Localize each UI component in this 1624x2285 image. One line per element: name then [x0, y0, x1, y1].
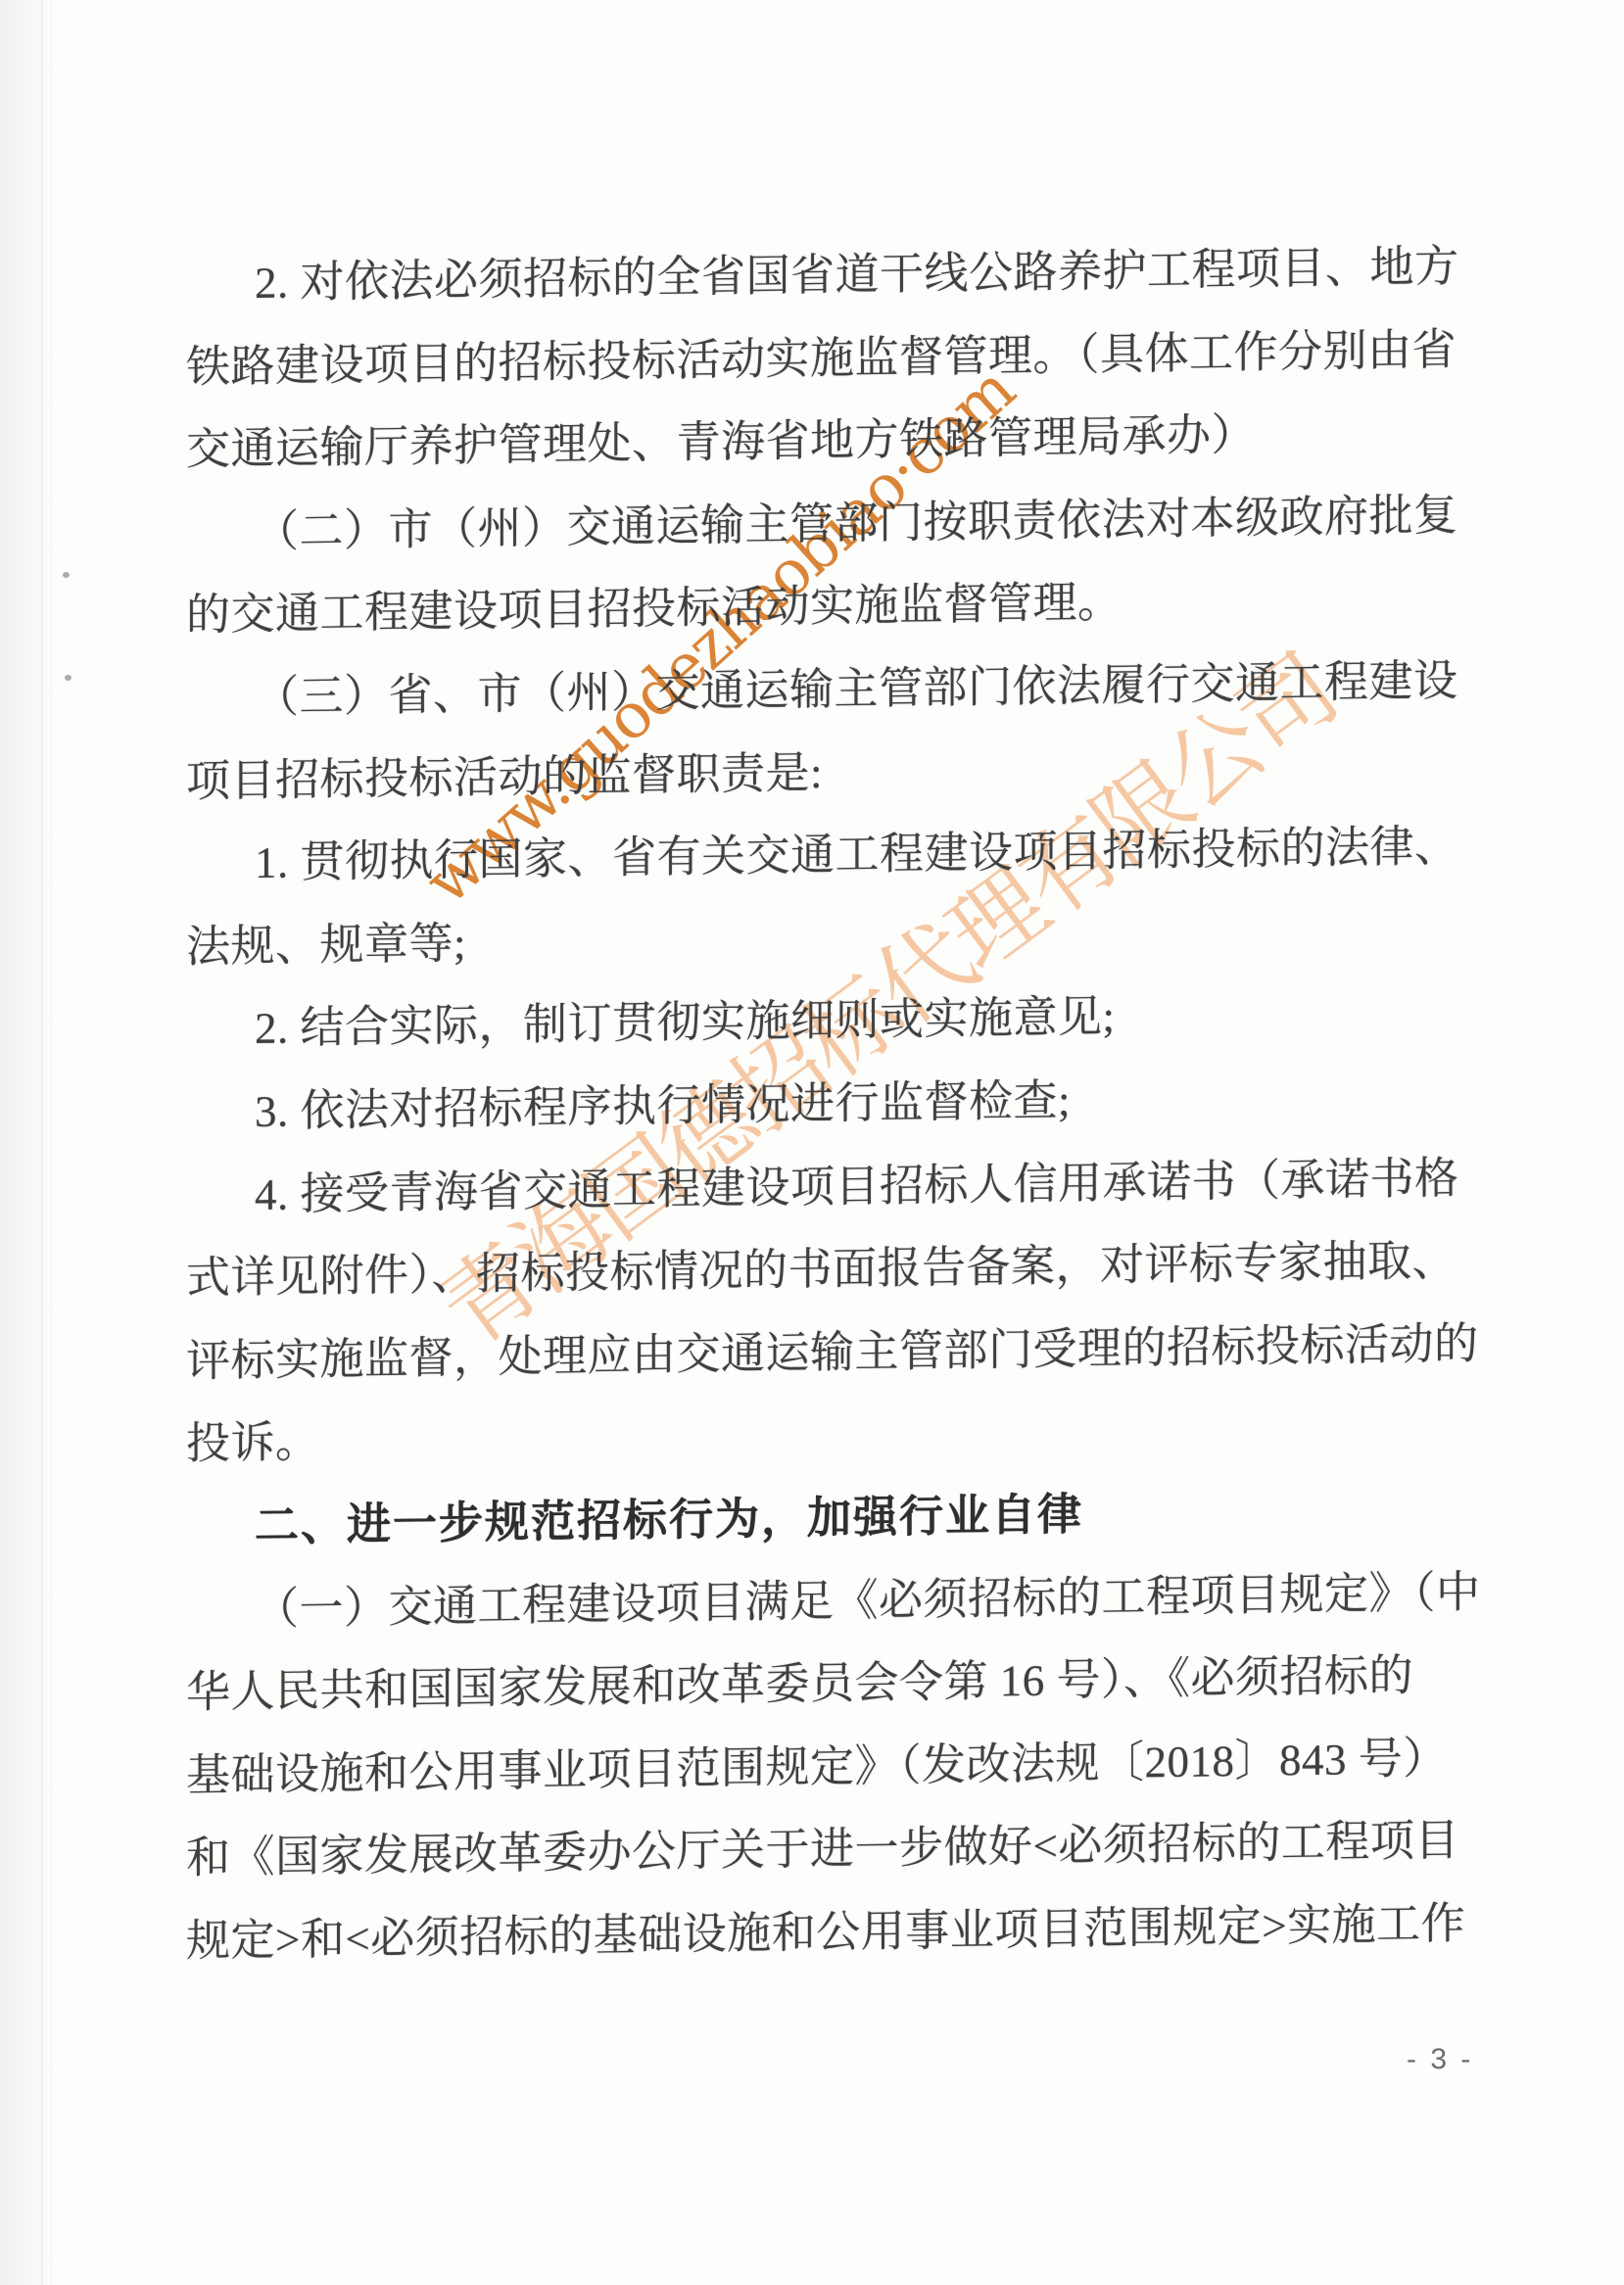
scan-speckle — [63, 572, 70, 578]
page-number: - 3 - — [1407, 2043, 1473, 2076]
text-line: 规定>和<必须招标的基础设施和公用事业项目范围规定>实施工作 — [186, 1881, 1489, 1982]
scan-edge-shading — [0, 0, 59, 2285]
document-page: 青海国德招标代理有限公司 www.guodezhaobiao·com 2. 对依… — [0, 0, 1624, 2285]
document-text-block: 2. 对依法必须招标的全省国省道干线公路养护工程项目、地方铁路建设项目的招标投标… — [186, 224, 1489, 1982]
scan-speckle — [65, 675, 72, 681]
